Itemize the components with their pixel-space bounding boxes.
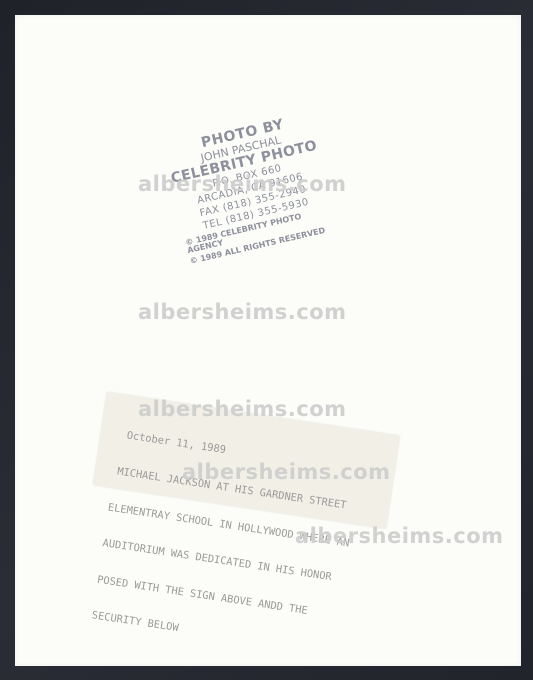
watermark: albersheims.com: [138, 172, 347, 196]
watermark: albersheims.com: [182, 460, 391, 484]
watermark: albersheims.com: [295, 524, 504, 548]
watermark: albersheims.com: [138, 300, 347, 324]
watermark: albersheims.com: [138, 397, 347, 421]
